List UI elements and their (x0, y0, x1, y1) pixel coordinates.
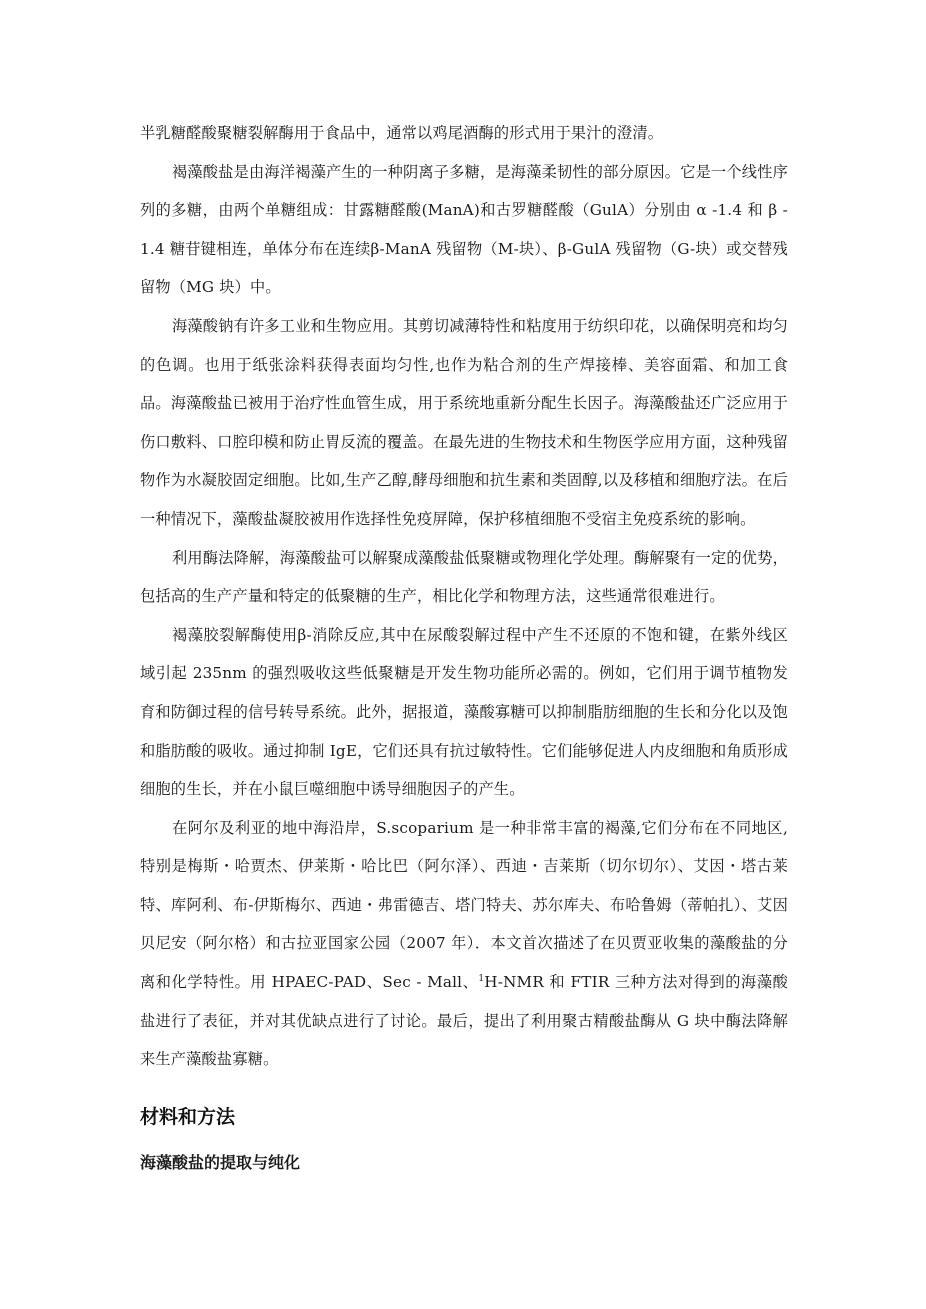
document-page: 半乳糖醛酸聚糖裂解酶用于食品中，通常以鸡尾酒酶的形式用于果汁的澄清。 褐藻酸盐是… (0, 0, 926, 1309)
subsection-heading-extraction-purification: 海藻酸盐的提取与纯化 (140, 1150, 300, 1176)
paragraph-galacturonan-lyase: 半乳糖醛酸聚糖裂解酶用于食品中，通常以鸡尾酒酶的形式用于果汁的澄清。 (140, 114, 788, 153)
paragraph-alginate-definition: 褐藻酸盐是由海洋褐藻产生的一种阴离子多糖，是海藻柔韧性的部分原因。它是一个线性序… (140, 153, 788, 307)
paragraph-alginate-lyase: 褐藻胶裂解酶使用β-消除反应,其中在尿酸裂解过程中产生不还原的不饱和键，在紫外线… (140, 616, 788, 809)
paragraph-algeria-text-part1: 在阿尔及利亚的地中海沿岸，S.scoparium 是一种非常丰富的褐藻,它们分布… (140, 819, 788, 991)
section-heading-materials-methods: 材料和方法 (140, 1103, 235, 1131)
paragraph-enzymatic-degradation: 利用酶法降解，海藻酸盐可以解聚成藻酸盐低聚糖或物理化学处理。酶解聚有一定的优势，… (140, 539, 788, 616)
paragraph-sodium-alginate-applications: 海藻酸钠有许多工业和生物应用。其剪切减薄特性和粘度用于纺织印花，以确保明亮和均匀… (140, 307, 788, 539)
paragraph-algeria-coast: 在阿尔及利亚的地中海沿岸，S.scoparium 是一种非常丰富的褐藻,它们分布… (140, 809, 788, 1079)
body-text: 半乳糖醛酸聚糖裂解酶用于食品中，通常以鸡尾酒酶的形式用于果汁的澄清。 褐藻酸盐是… (140, 114, 788, 1079)
